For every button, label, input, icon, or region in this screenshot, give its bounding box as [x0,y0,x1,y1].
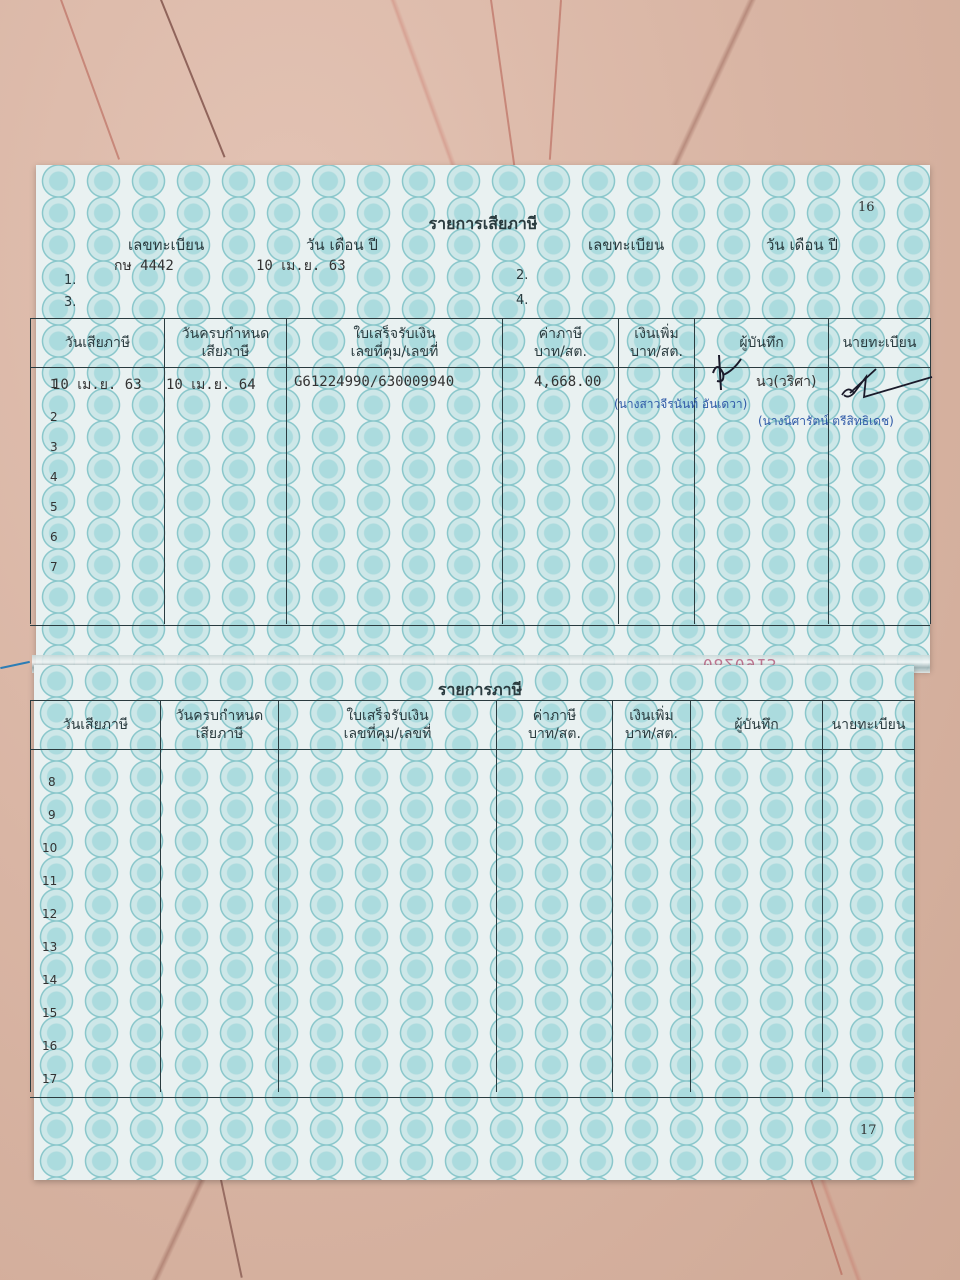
tax-record-table: วันเสียภาษี วันครบกำหนดเสียภาษี ใบเสร็จร… [30,700,915,1092]
line-4: 4. [516,293,528,308]
cell [691,750,823,1092]
cell [287,368,503,624]
registration-label-left: เลขทะเบียน [128,233,204,257]
cell [823,750,915,1092]
binding-thread [0,661,30,669]
col-surcharge: เงินเพิ่มบาท/สต. [619,319,695,368]
table-bottom-rule [30,625,930,626]
date-label-left: วัน เดือน ปี [306,233,378,257]
table-bottom-rule [30,1097,914,1098]
col-tax-amount: ค่าภาษีบาท/สต. [497,701,613,750]
col-surcharge: เงินเพิ่มบาท/สต. [613,701,691,750]
tax-record-page-16: รายการเสียภาษี 16 เลขทะเบียน วัน เดือน ป… [36,165,930,670]
date-label-right: วัน เดือน ปี [766,233,838,257]
row-number: 8 [48,775,56,789]
page-number: 17 [860,1123,877,1138]
col-receipt-no: ใบเสร็จรับเงินเลขที่คุม/เลขที่ [279,701,497,750]
registration-label-right: เลขทะเบียน [588,233,664,257]
marble-vein [220,1180,242,1278]
col-tax-amount: ค่าภาษีบาท/สต. [503,319,619,368]
col-tax-paid-date: วันเสียภาษี [31,319,165,368]
row-number: 16 [42,1039,57,1053]
row-number: 5 [50,500,58,514]
row-number: 15 [42,1006,57,1020]
col-due-date: วันครบกำหนดเสียภาษี [165,319,287,368]
cell [613,750,691,1092]
entry-tax-amount: 4,668.00 [534,374,601,390]
recorder-signature-icon [701,345,751,395]
entry-recorder-name: นว(วริศา) [756,371,816,393]
row-number: 14 [42,973,57,987]
col-registrar: นายทะเบียน [829,319,931,368]
registrar-signature-icon [836,363,936,403]
entry-tax-paid-date: 10 เม.ย. 63 [52,374,142,396]
row-number: 11 [42,874,57,888]
entry-due-date: 10 เม.ย. 64 [166,374,256,396]
row-number: 17 [42,1072,57,1086]
table-header-row: วันเสียภาษี วันครบกำหนดเสียภาษี ใบเสร็จร… [31,319,931,368]
col-registrar: นายทะเบียน [823,701,915,750]
cell [31,368,165,624]
row-number: 2 [50,410,58,424]
row-number: 4 [50,470,58,484]
entry-receipt-no: G61224990/630009940 [294,374,454,390]
tax-record-page-17: รายการภาษี 17 วันเสียภาษี วันครบกำหนดเสี… [34,665,914,1180]
marble-vein [810,1180,842,1276]
cell [161,750,279,1092]
line-1: 1. [64,273,76,288]
row-number: 3 [50,440,58,454]
row-number: 13 [42,940,57,954]
marble-vein [60,0,120,160]
row-number: 12 [42,907,57,921]
line-2: 2. [516,268,528,283]
row-number: 6 [50,530,58,544]
cell [829,368,931,624]
cell [165,368,287,624]
tax-payment-table: วันเสียภาษี วันครบกำหนดเสียภาษี ใบเสร็จร… [30,318,931,624]
marble-vein [160,0,225,158]
row-number: 9 [48,808,56,822]
date-value: 10 เม.ย. 63 [256,255,346,277]
col-receipt-no: ใบเสร็จรับเงินเลขที่คุม/เลขที่ [287,319,503,368]
col-recorder: ผู้บันทึก [691,701,823,750]
row-number: 10 [42,841,57,855]
cell [279,750,497,1092]
table-body [31,368,931,624]
registrar-stamp: (นางนิศารัตน์ ตรีสิทธิเดช) [758,412,894,431]
marble-vein [549,0,562,160]
col-due-date: วันครบกำหนดเสียภาษี [161,701,279,750]
marble-vein [490,0,515,168]
cell [497,750,613,1092]
table-header-row: วันเสียภาษี วันครบกำหนดเสียภาษี ใบเสร็จร… [31,701,915,750]
col-tax-paid-date: วันเสียภาษี [31,701,161,750]
row-number: 7 [50,560,58,574]
line-3: 3. [64,295,76,310]
recorder-stamp: (นางสาวจีรนันท์ อันเดวา) [614,395,747,414]
cell [503,368,619,624]
table-body [31,750,915,1092]
page-number: 16 [858,200,875,215]
registration-value: กษ 4442 [114,255,174,277]
